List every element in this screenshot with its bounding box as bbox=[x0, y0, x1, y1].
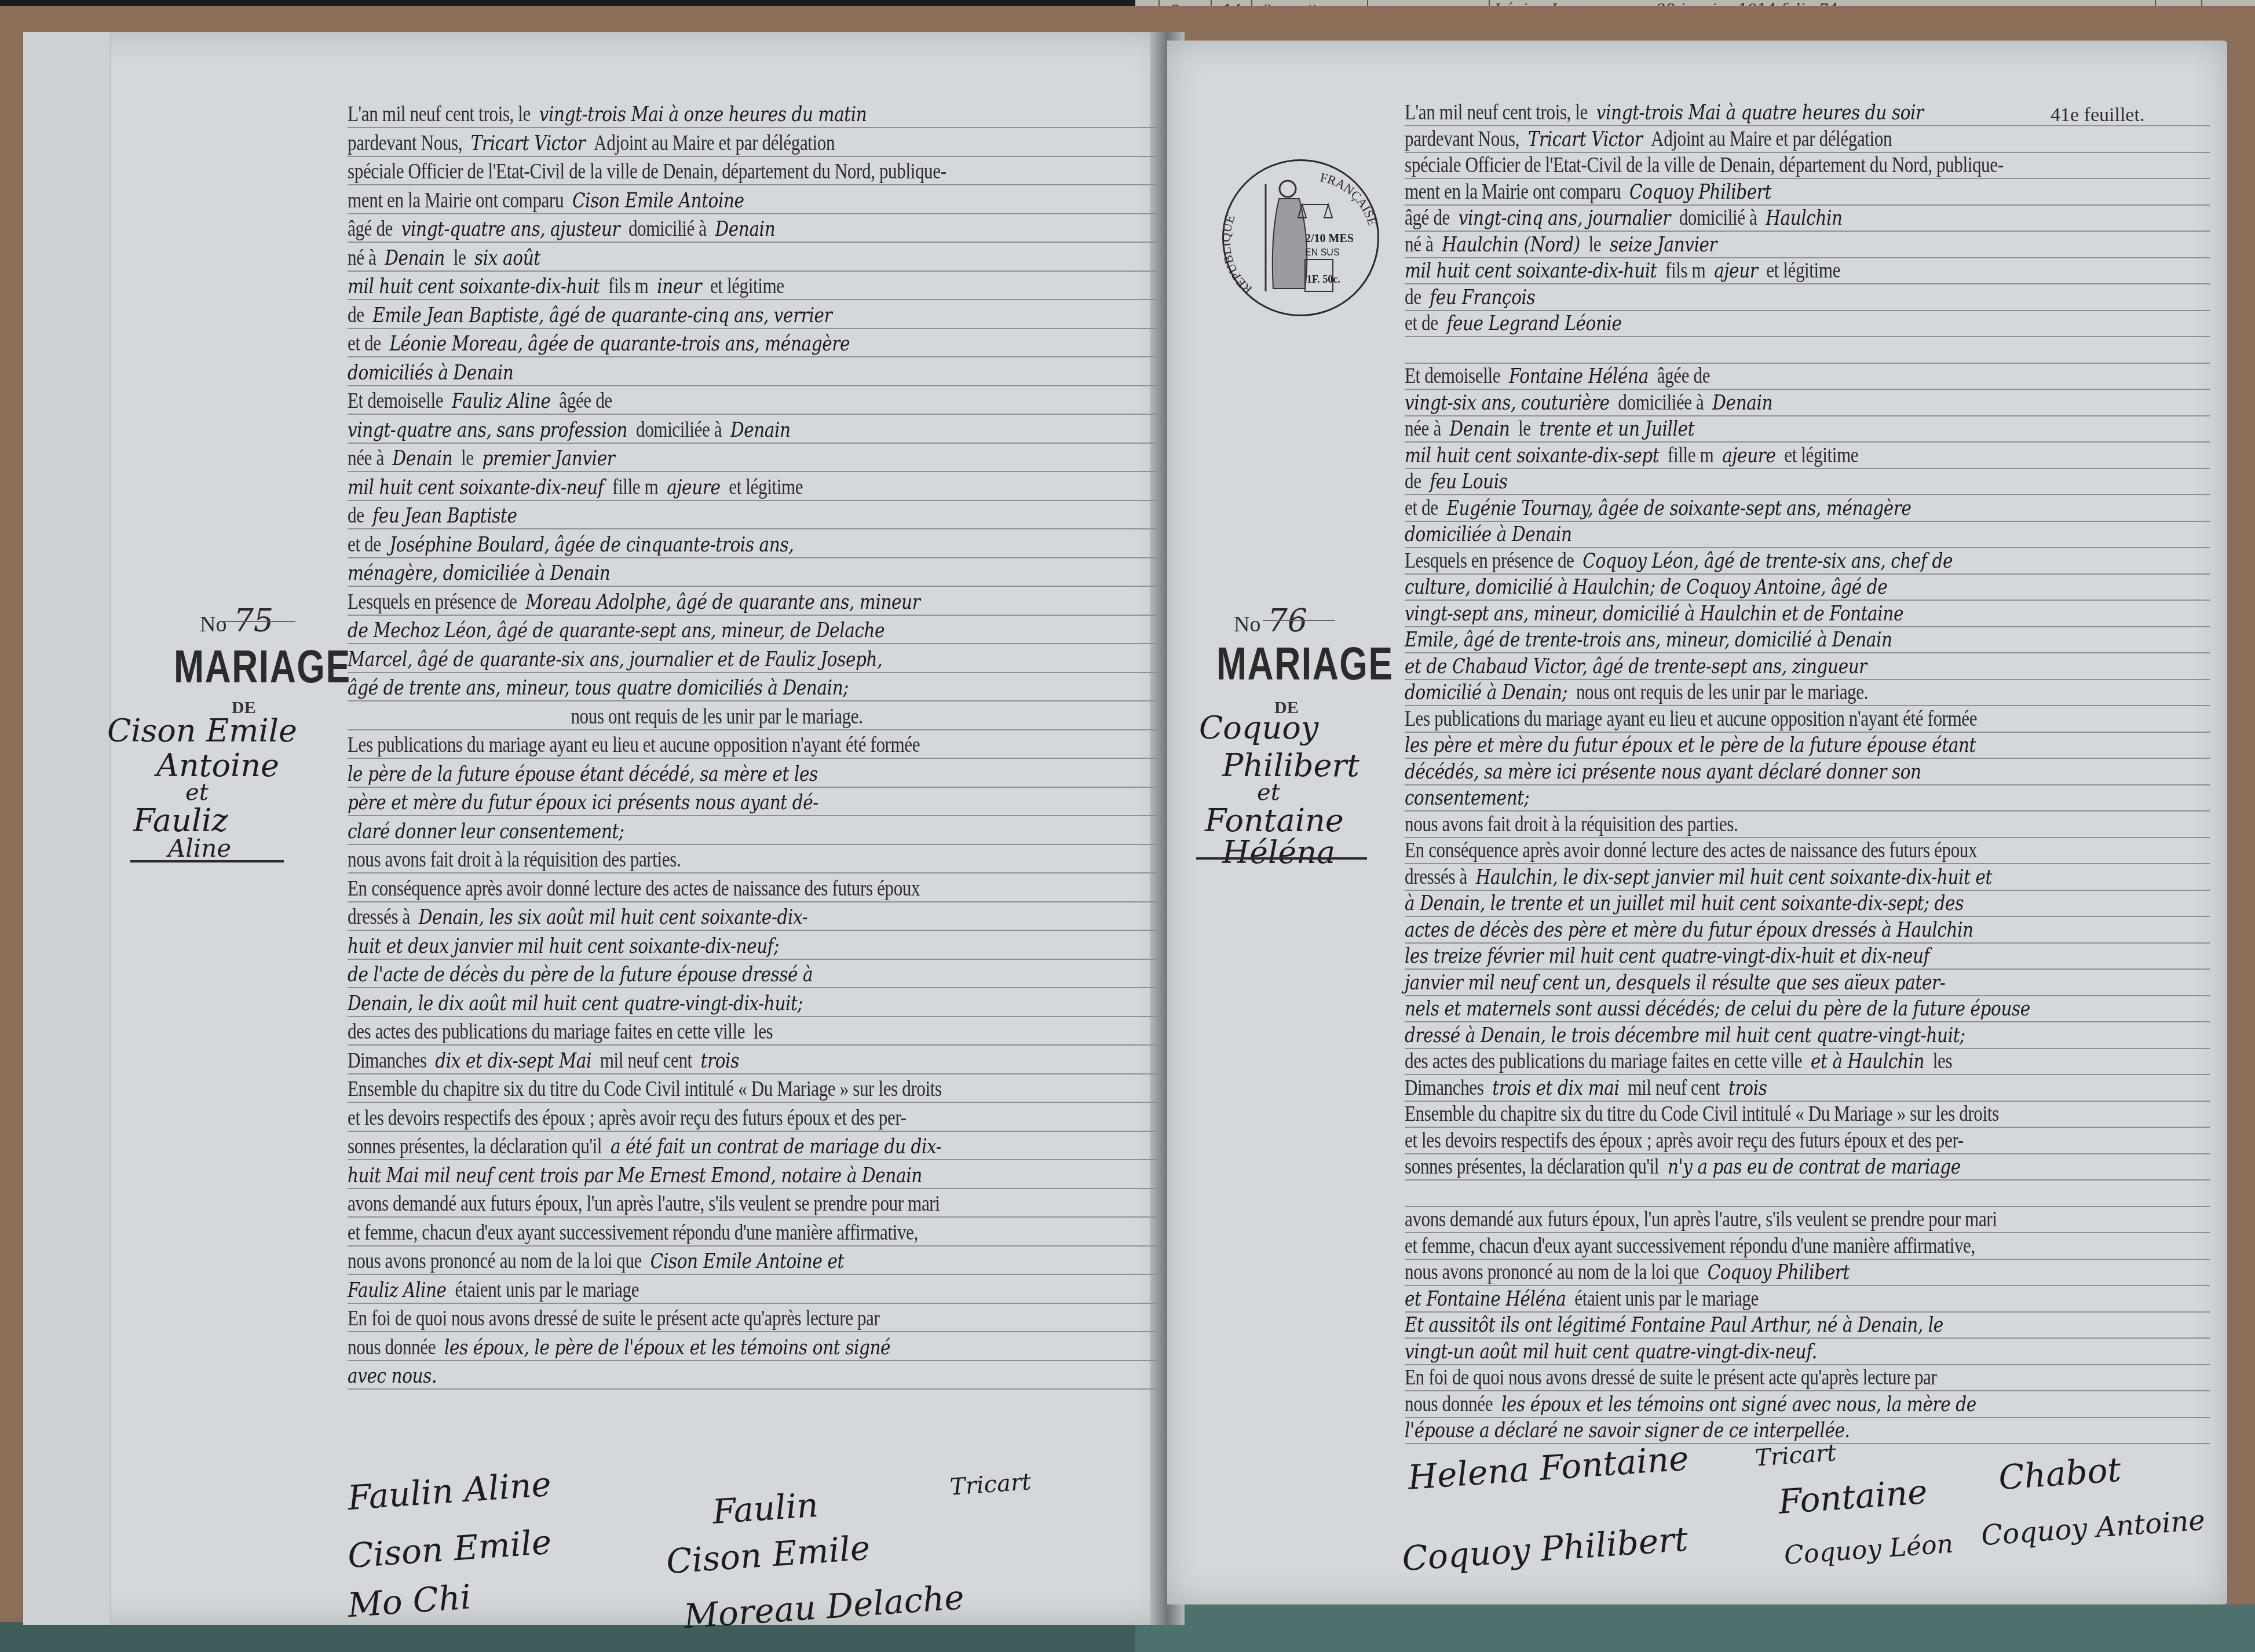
printed-text: des actes des publications du mariage fa… bbox=[1405, 1049, 1802, 1073]
form-line: Et demoiselleFontaine Hélénaâgée de bbox=[1405, 363, 1719, 389]
printed-text: sonnes présentes, la déclaration qu'il bbox=[348, 1134, 602, 1158]
printed-text: nous avons prononcé au nom de la loi que bbox=[1405, 1260, 1699, 1284]
form-line: et deJoséphine Boulard, âgée de cinquant… bbox=[348, 532, 802, 557]
form-rule bbox=[348, 414, 1158, 415]
handwritten-entry: ménagère, domiciliée à Denain bbox=[348, 561, 610, 585]
form-line: mil huit cent soixante-dix-huitfils mine… bbox=[348, 273, 793, 299]
printed-text: nous avons prononcé au nom de la loi que bbox=[348, 1249, 642, 1273]
printed-text: pardevant Nous, bbox=[1405, 127, 1519, 151]
form-line: Ensemble du chapitre six du titre du Cod… bbox=[348, 1076, 951, 1102]
form-rule bbox=[348, 959, 1158, 960]
handwritten-entry: Marcel, âgé de quarante-six ans, journal… bbox=[348, 648, 882, 671]
form-line: avons demandé aux futurs époux, l'un apr… bbox=[1405, 1207, 2005, 1232]
form-rule bbox=[348, 1216, 1158, 1218]
form-rule bbox=[348, 1159, 1158, 1160]
form-line: né àDenainlesix août bbox=[348, 245, 549, 271]
form-line: vingt-un août mil huit cent quatre-vingt… bbox=[1405, 1339, 1825, 1364]
printed-text: mil neuf cent bbox=[600, 1048, 692, 1073]
form-line: et deEugénie Tournay, âgée de soixante-s… bbox=[1405, 495, 1920, 521]
handwritten-entry: Haulchin, le dix-sept janvier mil huit c… bbox=[1476, 865, 1992, 889]
handwritten-entry: Cison Emile Antoine et bbox=[650, 1249, 844, 1273]
svg-text:1F. 50c.: 1F. 50c. bbox=[1307, 273, 1340, 285]
handwritten-entry: vingt-cinq ans, journalier bbox=[1459, 206, 1671, 230]
form-rule bbox=[348, 1303, 1158, 1304]
printed-text: étaient unis par le mariage bbox=[1574, 1286, 1759, 1311]
form-line: ménagère, domiciliée à Denain bbox=[348, 560, 619, 586]
form-line: nous avons fait droit à la réquisition d… bbox=[348, 847, 689, 872]
handwritten-entry: vingt-trois Mai à onze heures du matin bbox=[539, 103, 867, 126]
form-rule bbox=[348, 815, 1158, 816]
handwritten-entry: trois et dix mai bbox=[1492, 1076, 1619, 1100]
handwritten-entry: ajeur bbox=[1714, 259, 1757, 283]
form-line: nous donnéeles époux, le père de l'époux… bbox=[348, 1335, 899, 1360]
form-rule bbox=[348, 1274, 1158, 1275]
handwritten-entry: ajeure bbox=[1722, 444, 1775, 467]
handwritten-entry: Coquoy Léon, âgé de trente-six ans, chef… bbox=[1582, 549, 1953, 573]
handwritten-entry: Coquoy Philibert bbox=[1708, 1260, 1850, 1284]
printed-text: et les devoirs respectifs des époux ; ap… bbox=[348, 1106, 907, 1130]
handwritten-entry: Joséphine Boulard, âgée de cinquante-tro… bbox=[389, 533, 794, 557]
form-line: mil huit cent soixante-dix-neuffille maj… bbox=[348, 474, 812, 500]
form-line: et femme, chacun d'eux ayant successivem… bbox=[348, 1220, 927, 1245]
printed-text: En foi de quoi nous avons dressé de suit… bbox=[348, 1306, 880, 1331]
form-line: mil huit cent soixante-dix-septfille maj… bbox=[1405, 443, 1867, 468]
stamp-justice-figure-icon: REPUBLIQUE FRANÇAISE 2/10 MES EN SUS 1F.… bbox=[1224, 161, 1377, 315]
form-line: et les devoirs respectifs des époux ; ap… bbox=[1405, 1128, 1972, 1153]
form-line: Lesquels en présence deCoquoy Léon, âgé … bbox=[1405, 548, 1961, 573]
form-line: mil huit cent soixante-dix-huitfils maje… bbox=[1405, 258, 1849, 283]
form-line: domiciliée à Denain bbox=[1405, 521, 1580, 547]
printed-text: le bbox=[461, 446, 474, 470]
form-line: dressés àDenain, les six août mil huit c… bbox=[348, 904, 816, 930]
form-rule bbox=[348, 787, 1158, 788]
form-line: pardevant Nous,Tricart VictorAdjoint au … bbox=[1405, 126, 1901, 152]
form-rule bbox=[348, 443, 1158, 444]
form-rule bbox=[348, 987, 1158, 988]
handwritten-entry: décédés, sa mère ici présente nous ayant… bbox=[1405, 760, 1921, 784]
printed-text: et de bbox=[348, 532, 381, 557]
form-line: et Fontaine Hélénaétaient unis par le ma… bbox=[1405, 1286, 1767, 1311]
handwritten-entry: Coquoy Philibert bbox=[1629, 180, 1771, 204]
printed-text: née à bbox=[348, 446, 384, 470]
act-number-label: No bbox=[200, 612, 226, 637]
svg-text:EN SUS: EN SUS bbox=[1305, 248, 1340, 258]
printed-text: Adjoint au Maire et par délégation bbox=[594, 131, 835, 155]
handwritten-entry: ineur bbox=[657, 275, 701, 298]
printed-text: L'an mil neuf cent trois, le bbox=[1405, 100, 1588, 125]
handwritten-entry: les époux et les témoins ont signé avec … bbox=[1501, 1392, 1976, 1416]
form-rule bbox=[348, 557, 1158, 558]
handwritten-entry: et à Haulchin bbox=[1811, 1050, 1924, 1073]
form-line: Marcel, âgé de quarante-six ans, journal… bbox=[348, 646, 891, 672]
form-line: L'an mil neuf cent trois, levingt-trois … bbox=[1405, 100, 1932, 125]
form-line: Dimanchesdix et dix-sept Maimil neuf cen… bbox=[348, 1048, 748, 1073]
printed-text: et légitime bbox=[729, 475, 803, 499]
folio-number: 41e feuillet. bbox=[2051, 104, 2144, 126]
table-surface bbox=[1135, 1605, 2255, 1652]
form-line: et femme, chacun d'eux ayant successivem… bbox=[1405, 1233, 1984, 1259]
form-line: avec nous. bbox=[348, 1363, 445, 1388]
printed-text: Et demoiselle bbox=[348, 389, 443, 413]
form-line: dressés àHaulchin, le dix-sept janvier m… bbox=[1405, 864, 2001, 890]
signature: Tricart bbox=[949, 1468, 1032, 1501]
printed-text: Dimanches bbox=[1405, 1076, 1483, 1100]
form-rule bbox=[348, 615, 1158, 616]
form-line: les père et mère du futur époux et le pè… bbox=[1405, 732, 1984, 758]
form-line: le père de la future épouse étant décédé… bbox=[348, 761, 827, 787]
printed-text: âgé de bbox=[1405, 206, 1450, 230]
handwritten-entry: dressé à Denain, le trois décembre mil h… bbox=[1405, 1024, 1965, 1047]
form-line: dressé à Denain, le trois décembre mil h… bbox=[1405, 1022, 1973, 1048]
handwritten-entry: feu Louis bbox=[1430, 470, 1507, 494]
handwritten-entry: Moreau Adolphe, âgé de quarante ans, min… bbox=[525, 590, 920, 614]
printed-text: nous avons fait droit à la réquisition d… bbox=[1405, 812, 1738, 836]
printed-text: et de bbox=[1405, 311, 1438, 335]
handwritten-entry: feu Jean Baptiste bbox=[372, 504, 517, 528]
form-line: defeu Jean Baptiste bbox=[348, 503, 525, 528]
printed-text: ment en la Mairie ont comparu bbox=[348, 188, 564, 213]
printed-text: et de bbox=[1405, 496, 1438, 520]
handwritten-entry: de l'acte de décès du père de la future … bbox=[348, 963, 813, 986]
printed-text: née à bbox=[1405, 416, 1441, 441]
form-rule bbox=[348, 242, 1158, 243]
form-line: Denain, le dix août mil huit cent quatre… bbox=[348, 991, 812, 1016]
handwritten-entry: Haulchin (Nord) bbox=[1442, 233, 1580, 257]
handwritten-entry: Haulchin bbox=[1766, 206, 1843, 230]
handwritten-entry: le père de la future épouse étant décédé… bbox=[348, 762, 818, 786]
handwritten-entry: Cison Emile Antoine bbox=[572, 189, 744, 213]
form-line: des actes des publications du mariage fa… bbox=[348, 1019, 781, 1044]
margin-bride-name: Héléna bbox=[1222, 834, 1335, 871]
margin-bride-name: Fauliz bbox=[133, 802, 228, 839]
form-rule bbox=[348, 184, 1158, 185]
printed-text: fils m bbox=[608, 274, 648, 298]
act-number-rule bbox=[223, 621, 295, 622]
printed-text: Adjoint au Maire et par délégation bbox=[1651, 127, 1892, 151]
printed-text: domiciliée à bbox=[636, 418, 722, 442]
form-line: Les publications du mariage ayant eu lie… bbox=[348, 732, 929, 758]
form-line: et defeue Legrand Léonie bbox=[1405, 310, 1630, 336]
form-line: sonnes présentes, la déclaration qu'ila … bbox=[348, 1134, 950, 1159]
handwritten-entry: six août bbox=[474, 246, 540, 270]
printed-text: L'an mil neuf cent trois, le bbox=[348, 102, 531, 126]
act-number-rule bbox=[1263, 620, 1335, 621]
handwritten-entry: vingt-quatre ans, ajusteur bbox=[401, 217, 620, 241]
printed-text: et femme, chacun d'eux ayant successivem… bbox=[1405, 1234, 1975, 1258]
printed-text: et légitime bbox=[1766, 258, 1840, 283]
handwritten-entry: mil huit cent soixante-dix-neuf bbox=[348, 476, 604, 499]
handwritten-entry: premier Janvier bbox=[483, 447, 615, 470]
table-surface bbox=[0, 1622, 1135, 1652]
printed-text: les bbox=[754, 1019, 773, 1044]
printed-text: domiciliée à bbox=[1618, 390, 1704, 415]
handwritten-entry: Fontaine Héléna bbox=[1509, 364, 1649, 388]
printed-text: spéciale Officier de l'Etat-Civil de la … bbox=[1405, 153, 2004, 177]
printed-text: et légitime bbox=[710, 274, 784, 298]
margin-title: MARIAGE bbox=[174, 640, 351, 693]
margin-bride-name: Fontaine bbox=[1205, 802, 1344, 839]
form-rule bbox=[348, 328, 1158, 329]
form-line: Et aussitôt ils ont légitimé Fontaine Pa… bbox=[1405, 1312, 1952, 1337]
handwritten-entry: nels et maternels sont aussi décédés; de… bbox=[1405, 997, 2030, 1021]
form-line: âgé de trente ans, mineur, tous quatre d… bbox=[348, 675, 857, 700]
printed-text: Et demoiselle bbox=[1405, 364, 1500, 388]
handwritten-entry: trente et un Juillet bbox=[1540, 417, 1695, 441]
handwritten-entry: Denain bbox=[393, 447, 453, 470]
handwritten-entry: l'épouse a déclaré ne savoir signer de c… bbox=[1405, 1419, 1850, 1442]
handwritten-entry: à Denain, le trente et un juillet mil hu… bbox=[1405, 891, 1964, 915]
handwritten-entry: et Fontaine Héléna bbox=[1405, 1287, 1566, 1311]
handwritten-entry: janvier mil neuf cent un, desquels il ré… bbox=[1405, 971, 1945, 995]
svg-text:REPUBLIQUE: REPUBLIQUE bbox=[1224, 213, 1255, 297]
form-line: L'an mil neuf cent trois, levingt-trois … bbox=[348, 101, 875, 127]
handwritten-entry: vingt-trois Mai à quatre heures du soir bbox=[1596, 101, 1924, 125]
printed-text: fille m bbox=[612, 475, 658, 499]
handwritten-entry: Fauliz Aline bbox=[452, 389, 551, 413]
form-line: avons demandé aux futurs époux, l'un apr… bbox=[348, 1191, 948, 1216]
svg-text:2/10 MES: 2/10 MES bbox=[1305, 232, 1354, 245]
printed-text: ment en la Mairie ont comparu bbox=[1405, 180, 1621, 204]
form-line: spéciale Officier de l'Etat-Civil de la … bbox=[1405, 152, 2012, 178]
form-rule bbox=[348, 213, 1158, 214]
printed-text: Ensemble du chapitre six du titre du Cod… bbox=[348, 1077, 942, 1101]
form-line: claré donner leur consentement; bbox=[348, 818, 633, 844]
printed-text: né à bbox=[1405, 232, 1433, 257]
margin-separator bbox=[1196, 857, 1367, 860]
form-line: domicilié à Denain;nous ont requis de le… bbox=[1405, 679, 1877, 705]
handwritten-entry: trois bbox=[701, 1049, 739, 1073]
printed-text: domicilié à bbox=[1679, 206, 1757, 230]
handwritten-entry: culture, domicilié à Haulchin; de Coquoy… bbox=[1405, 575, 1887, 599]
handwritten-entry: dix et dix-sept Mai bbox=[435, 1049, 591, 1073]
form-line: culture, domicilié à Haulchin; de Coquoy… bbox=[1405, 574, 1896, 600]
form-rule bbox=[348, 930, 1158, 931]
form-rule bbox=[348, 700, 1158, 701]
margin-separator bbox=[130, 860, 284, 862]
printed-text: pardevant Nous, bbox=[348, 131, 462, 155]
handwritten-entry: Denain bbox=[385, 246, 445, 270]
handwritten-entry: de Mechoz Léon, âgé de quarante-sept ans… bbox=[348, 619, 885, 642]
printed-text: né à bbox=[348, 246, 376, 270]
form-line: Lesquels en présence deMoreau Adolphe, â… bbox=[348, 589, 929, 615]
form-line: Ensemble du chapitre six du titre du Cod… bbox=[1405, 1101, 2008, 1127]
act-number-label: No bbox=[1234, 612, 1260, 637]
form-rule bbox=[348, 1016, 1158, 1017]
form-line: et de Chabaud Victor, âgé de trente-sept… bbox=[1405, 653, 1876, 679]
form-rule bbox=[348, 156, 1158, 157]
printed-text: de bbox=[348, 303, 364, 327]
form-line: nous donnéeles époux et les témoins ont … bbox=[1405, 1391, 1985, 1417]
handwritten-entry: Denain bbox=[1450, 417, 1510, 441]
handwritten-entry: huit et deux janvier mil huit cent soixa… bbox=[348, 934, 779, 958]
form-rule bbox=[348, 729, 1158, 730]
form-line: père et mère du futur époux ici présents… bbox=[348, 790, 827, 815]
form-line bbox=[1405, 337, 1413, 363]
handwritten-entry: Tricart Victor bbox=[471, 131, 586, 155]
printed-text: Les publications du mariage ayant eu lie… bbox=[348, 733, 920, 757]
signature: Faulin bbox=[711, 1485, 820, 1532]
printed-text: et les devoirs respectifs des époux ; ap… bbox=[1405, 1128, 1964, 1153]
form-rule bbox=[348, 471, 1158, 472]
handwritten-entry: Denain bbox=[1712, 391, 1772, 415]
handwritten-entry: huit Mai mil neuf cent trois par Me Erne… bbox=[348, 1164, 922, 1187]
margin-groom-name: Philibert bbox=[1222, 747, 1359, 784]
printed-text: avons demandé aux futurs époux, l'un apr… bbox=[348, 1192, 940, 1216]
signature: Tricart bbox=[1755, 1439, 1837, 1472]
form-line: de Mechoz Léon, âgé de quarante-sept ans… bbox=[348, 617, 893, 643]
form-line bbox=[1405, 1180, 1413, 1206]
page-edge-strip bbox=[23, 32, 111, 1625]
handwritten-entry: Eugénie Tournay, âgée de soixante-sept a… bbox=[1446, 496, 1911, 520]
margin-bride-name: Aline bbox=[168, 834, 231, 862]
handwritten-entry: mil huit cent soixante-dix-huit bbox=[1405, 259, 1657, 283]
form-line: l'épouse a déclaré ne savoir signer de c… bbox=[1405, 1417, 1858, 1443]
tax-stamp: REPUBLIQUE FRANÇAISE 2/10 MES EN SUS 1F.… bbox=[1222, 159, 1379, 316]
handwritten-entry: Fauliz Aline bbox=[348, 1278, 447, 1302]
printed-text: de bbox=[348, 503, 364, 528]
form-line: Dimanchestrois et dix maimil neuf centtr… bbox=[1405, 1075, 1775, 1101]
handwritten-entry: Denain, le dix août mil huit cent quatre… bbox=[348, 992, 803, 1015]
form-rule bbox=[348, 1188, 1158, 1189]
printed-text: nous avons fait droit à la réquisition d… bbox=[348, 847, 681, 872]
form-line: pardevant Nous,Tricart VictorAdjoint au … bbox=[348, 130, 843, 156]
form-rule bbox=[348, 844, 1158, 845]
handwritten-entry: trois bbox=[1728, 1076, 1767, 1100]
form-line: décédés, sa mère ici présente nous ayant… bbox=[1405, 759, 1929, 784]
form-line: deEmile Jean Baptiste, âgé de quarante-c… bbox=[348, 302, 840, 328]
form-line: nous avons prononcé au nom de la loi que… bbox=[1405, 1259, 1858, 1285]
margin-groom-name: Cison Emile bbox=[107, 712, 297, 749]
printed-text: le bbox=[1518, 416, 1531, 441]
printed-text: des actes des publications du mariage fa… bbox=[348, 1019, 745, 1044]
printed-text: les bbox=[1933, 1049, 1952, 1073]
handwritten-entry: mil huit cent soixante-dix-sept bbox=[1405, 444, 1659, 467]
svg-text:FRANÇAISE: FRANÇAISE bbox=[1319, 170, 1377, 227]
form-line: âgé devingt-cinq ans, journalierdomicili… bbox=[1405, 205, 1851, 231]
form-line: janvier mil neuf cent un, desquels il ré… bbox=[1405, 970, 1954, 995]
printed-text: Dimanches bbox=[348, 1048, 426, 1073]
printed-text: et femme, chacun d'eux ayant successivem… bbox=[348, 1220, 918, 1245]
printed-text: domicilié à bbox=[628, 217, 707, 241]
form-rule bbox=[348, 1331, 1158, 1332]
form-line: et les devoirs respectifs des époux ; ap… bbox=[348, 1105, 915, 1131]
handwritten-entry: domiciliée à Denain bbox=[1405, 522, 1572, 546]
handwritten-entry: Et aussitôt ils ont légitimé Fontaine Pa… bbox=[1405, 1313, 1943, 1337]
printed-text: nous ont requis de les unir par le maria… bbox=[571, 704, 862, 729]
form-line: Les publications du mariage ayant eu lie… bbox=[1405, 706, 1986, 732]
printed-text: sonnes présentes, la déclaration qu'il bbox=[1405, 1154, 1659, 1179]
form-line: de l'acte de décès du père de la future … bbox=[348, 962, 821, 987]
handwritten-entry: claré donner leur consentement; bbox=[348, 820, 624, 843]
printed-text: En conséquence après avoir donné lecture… bbox=[1405, 838, 1977, 862]
form-line: En conséquence après avoir donné lecture… bbox=[1405, 838, 1986, 863]
form-line: née àDenainletrente et un Juillet bbox=[1405, 416, 1703, 441]
printed-text: et de bbox=[348, 331, 381, 356]
form-line: spéciale Officier de l'Etat-Civil de la … bbox=[348, 159, 955, 184]
form-rule bbox=[348, 758, 1158, 759]
margin-groom-name: Coquoy bbox=[1199, 710, 1318, 746]
printed-text: étaient unis par le mariage bbox=[455, 1278, 639, 1302]
form-rule bbox=[348, 643, 1158, 644]
handwritten-entry: vingt-sept ans, mineur, domicilié à Haul… bbox=[1405, 602, 1903, 626]
form-line: et deLéonie Moreau, âgée de quarante-tro… bbox=[348, 331, 858, 356]
handwritten-entry: feue Legrand Léonie bbox=[1446, 312, 1621, 335]
printed-text: âgée de bbox=[1657, 364, 1710, 388]
handwritten-entry: Emile Jean Baptiste, âgé de quarante-cin… bbox=[372, 304, 832, 327]
form-rule bbox=[348, 1388, 1158, 1390]
form-line: à Denain, le trente et un juillet mil hu… bbox=[1405, 890, 1972, 916]
form-rule bbox=[348, 127, 1158, 128]
form-line: Emile, âgé de trente-trois ans, mineur, … bbox=[1405, 627, 1901, 652]
form-line: En foi de quoi nous avons dressé de suit… bbox=[348, 1306, 888, 1331]
form-rule bbox=[348, 586, 1158, 587]
form-rule bbox=[348, 901, 1158, 902]
form-line: vingt-six ans, couturièredomiciliée àDen… bbox=[1405, 390, 1781, 415]
printed-text: Lesquels en présence de bbox=[1405, 549, 1574, 573]
printed-text: avons demandé aux futurs époux, l'un apr… bbox=[1405, 1207, 1997, 1231]
form-rule bbox=[348, 672, 1158, 673]
handwritten-entry: domicilié à Denain; bbox=[1405, 681, 1567, 704]
printed-text: le bbox=[1589, 232, 1602, 257]
printed-text: En foi de quoi nous avons dressé de suit… bbox=[1405, 1365, 1937, 1390]
printed-text: fils m bbox=[1665, 258, 1705, 283]
form-line: En conséquence après avoir donné lecture… bbox=[348, 876, 929, 901]
form-rule bbox=[1405, 1179, 2210, 1180]
handwritten-entry: Emile, âgé de trente-trois ans, mineur, … bbox=[1405, 628, 1892, 652]
handwritten-entry: vingt-six ans, couturière bbox=[1405, 391, 1610, 415]
form-rule bbox=[348, 500, 1158, 501]
printed-text: Lesquels en présence de bbox=[348, 590, 517, 614]
handwritten-entry: vingt-un août mil huit cent quatre-vingt… bbox=[1405, 1340, 1817, 1364]
form-line: né àHaulchin (Nord)leseize Janvier bbox=[1405, 232, 1726, 257]
printed-text: et légitime bbox=[1784, 443, 1858, 467]
handwritten-entry: actes de décès des père et mère du futur… bbox=[1405, 918, 1973, 942]
handwritten-entry: mil huit cent soixante-dix-huit bbox=[348, 275, 600, 298]
form-line: née àDenainlepremier Janvier bbox=[348, 445, 623, 471]
form-line: huit et deux janvier mil huit cent soixa… bbox=[348, 933, 788, 959]
handwritten-entry: Tricart Victor bbox=[1528, 127, 1643, 151]
form-rule bbox=[348, 1131, 1158, 1132]
form-rule bbox=[348, 1245, 1158, 1247]
handwritten-entry: âgé de trente ans, mineur, tous quatre d… bbox=[348, 676, 849, 700]
printed-text: fille m bbox=[1668, 443, 1713, 467]
form-line: vingt-sept ans, mineur, domicilié à Haul… bbox=[1405, 601, 1912, 626]
form-line: des actes des publications du mariage fa… bbox=[1405, 1048, 1961, 1074]
form-line: defeu François bbox=[1405, 284, 1544, 310]
handwritten-entry: les treize février mil huit cent quatre-… bbox=[1405, 944, 1929, 968]
form-line: âgé devingt-quatre ans, ajusteurdomicili… bbox=[348, 216, 784, 242]
form-line: nous avons prononcé au nom de la loi que… bbox=[348, 1248, 853, 1274]
handwritten-entry: Denain bbox=[715, 217, 776, 241]
form-line: huit Mai mil neuf cent trois par Me Erne… bbox=[348, 1163, 931, 1188]
form-line: ment en la Mairie ont comparuCoquoy Phil… bbox=[1405, 179, 1780, 204]
handwritten-entry: Denain, les six août mil huit cent soixa… bbox=[419, 905, 808, 929]
form-line: nous ont requis de les unir par le maria… bbox=[348, 704, 871, 729]
form-line: nous avons fait droit à la réquisition d… bbox=[1405, 812, 1746, 837]
handwritten-entry: les époux, le père de l'époux et les tém… bbox=[444, 1336, 890, 1359]
margin-groom-name: Antoine bbox=[156, 747, 279, 784]
form-rule bbox=[348, 872, 1158, 873]
printed-text: âgée de bbox=[559, 389, 612, 413]
printed-text: nous donnée bbox=[1405, 1392, 1493, 1416]
printed-text: Les publications du mariage ayant eu lie… bbox=[1405, 707, 1977, 731]
printed-text: spéciale Officier de l'Etat-Civil de la … bbox=[348, 159, 946, 184]
printed-text: dressés à bbox=[1405, 865, 1467, 889]
printed-text: nous ont requis de les unir par le maria… bbox=[1576, 680, 1868, 704]
handwritten-entry: et de Chabaud Victor, âgé de trente-sept… bbox=[1405, 655, 1867, 678]
form-line: Fauliz Alineétaient unis par le mariage bbox=[348, 1277, 648, 1303]
form-line: consentement; bbox=[1405, 785, 1538, 810]
